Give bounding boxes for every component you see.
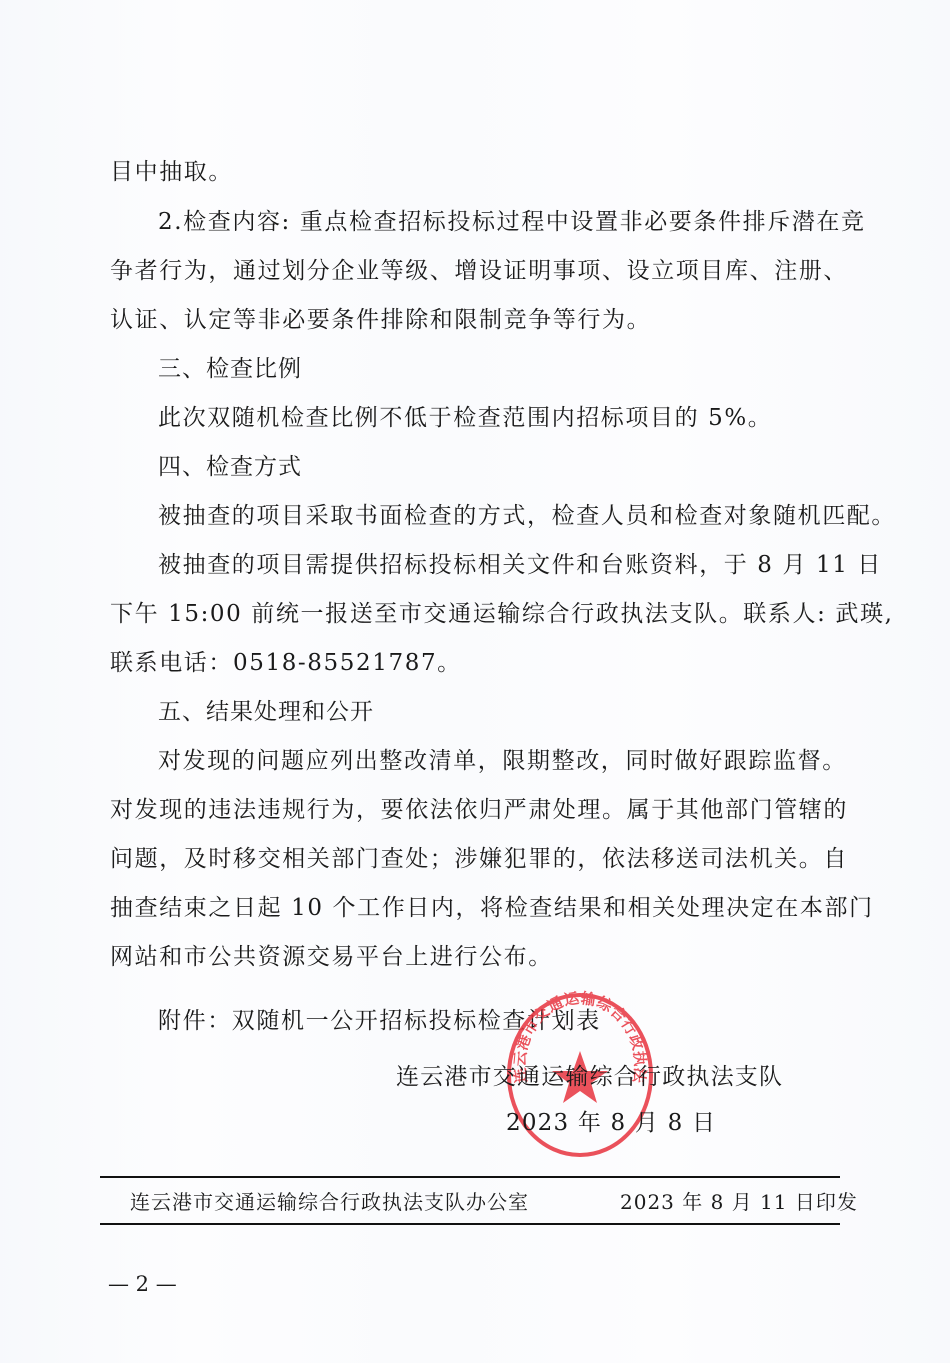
page-number: — 2 — xyxy=(108,1272,177,1296)
body-line: 目中抽取。 xyxy=(110,157,840,187)
signing-date: 2023 年 8 月 8 日 xyxy=(506,1108,716,1138)
body-line: 争者行为，通过划分企业等级、增设证明事项、设立项目库、注册、 xyxy=(110,256,840,286)
body-line: 被抽查的项目需提供招标投标相关文件和台账资料，于 8 月 11 日 xyxy=(158,550,840,580)
body-line: 此次双随机检查比例不低于检查范围内招标项目的 5%。 xyxy=(158,403,888,433)
section-heading-4: 四、检查方式 xyxy=(158,452,888,482)
body-line: 问题，及时移交相关部门查处；涉嫌犯罪的，依法移送司法机关。自 xyxy=(110,844,840,874)
body-line: 2.检查内容: 重点检查招标投标过程中设置非必要条件排斥潜在竞 xyxy=(158,207,840,237)
body-line: 联系电话：0518-85521787。 xyxy=(110,648,840,678)
body-line: 抽查结束之日起 10 个工作日内，将检查结果和相关处理决定在本部门 xyxy=(110,893,840,923)
body-line: 网站和市公共资源交易平台上进行公布。 xyxy=(110,942,840,972)
body-line: 认证、认定等非必要条件排除和限制竞争等行为。 xyxy=(110,305,840,335)
body-line: 下午 15:00 前统一报送至市交通运输综合行政执法支队。联系人: 武瑛, xyxy=(110,599,840,629)
body-line: 被抽查的项目采取书面检查的方式，检查人员和检查对象随机匹配。 xyxy=(158,501,888,531)
section-heading-5: 五、结果处理和公开 xyxy=(158,697,888,727)
footer-issue-date: 2023 年 8 月 11 日印发 xyxy=(620,1188,858,1216)
body-line: 对发现的问题应列出整改清单，限期整改，同时做好跟踪监督。 xyxy=(158,746,840,776)
body-line: 对发现的违法违规行为，要依法依归严肃处理。属于其他部门管辖的 xyxy=(110,795,840,825)
footer-issuer: 连云港市交通运输综合行政执法支队办公室 xyxy=(130,1188,529,1216)
document-page: 目中抽取。 2.检查内容: 重点检查招标投标过程中设置非必要条件排斥潜在竞 争者… xyxy=(0,0,950,1363)
section-heading-3: 三、检查比例 xyxy=(158,354,888,384)
signing-organization: 连云港市交通运输综合行政执法支队 xyxy=(396,1062,783,1092)
footer-bottom-rule xyxy=(100,1223,840,1225)
footer-top-rule xyxy=(100,1176,840,1178)
